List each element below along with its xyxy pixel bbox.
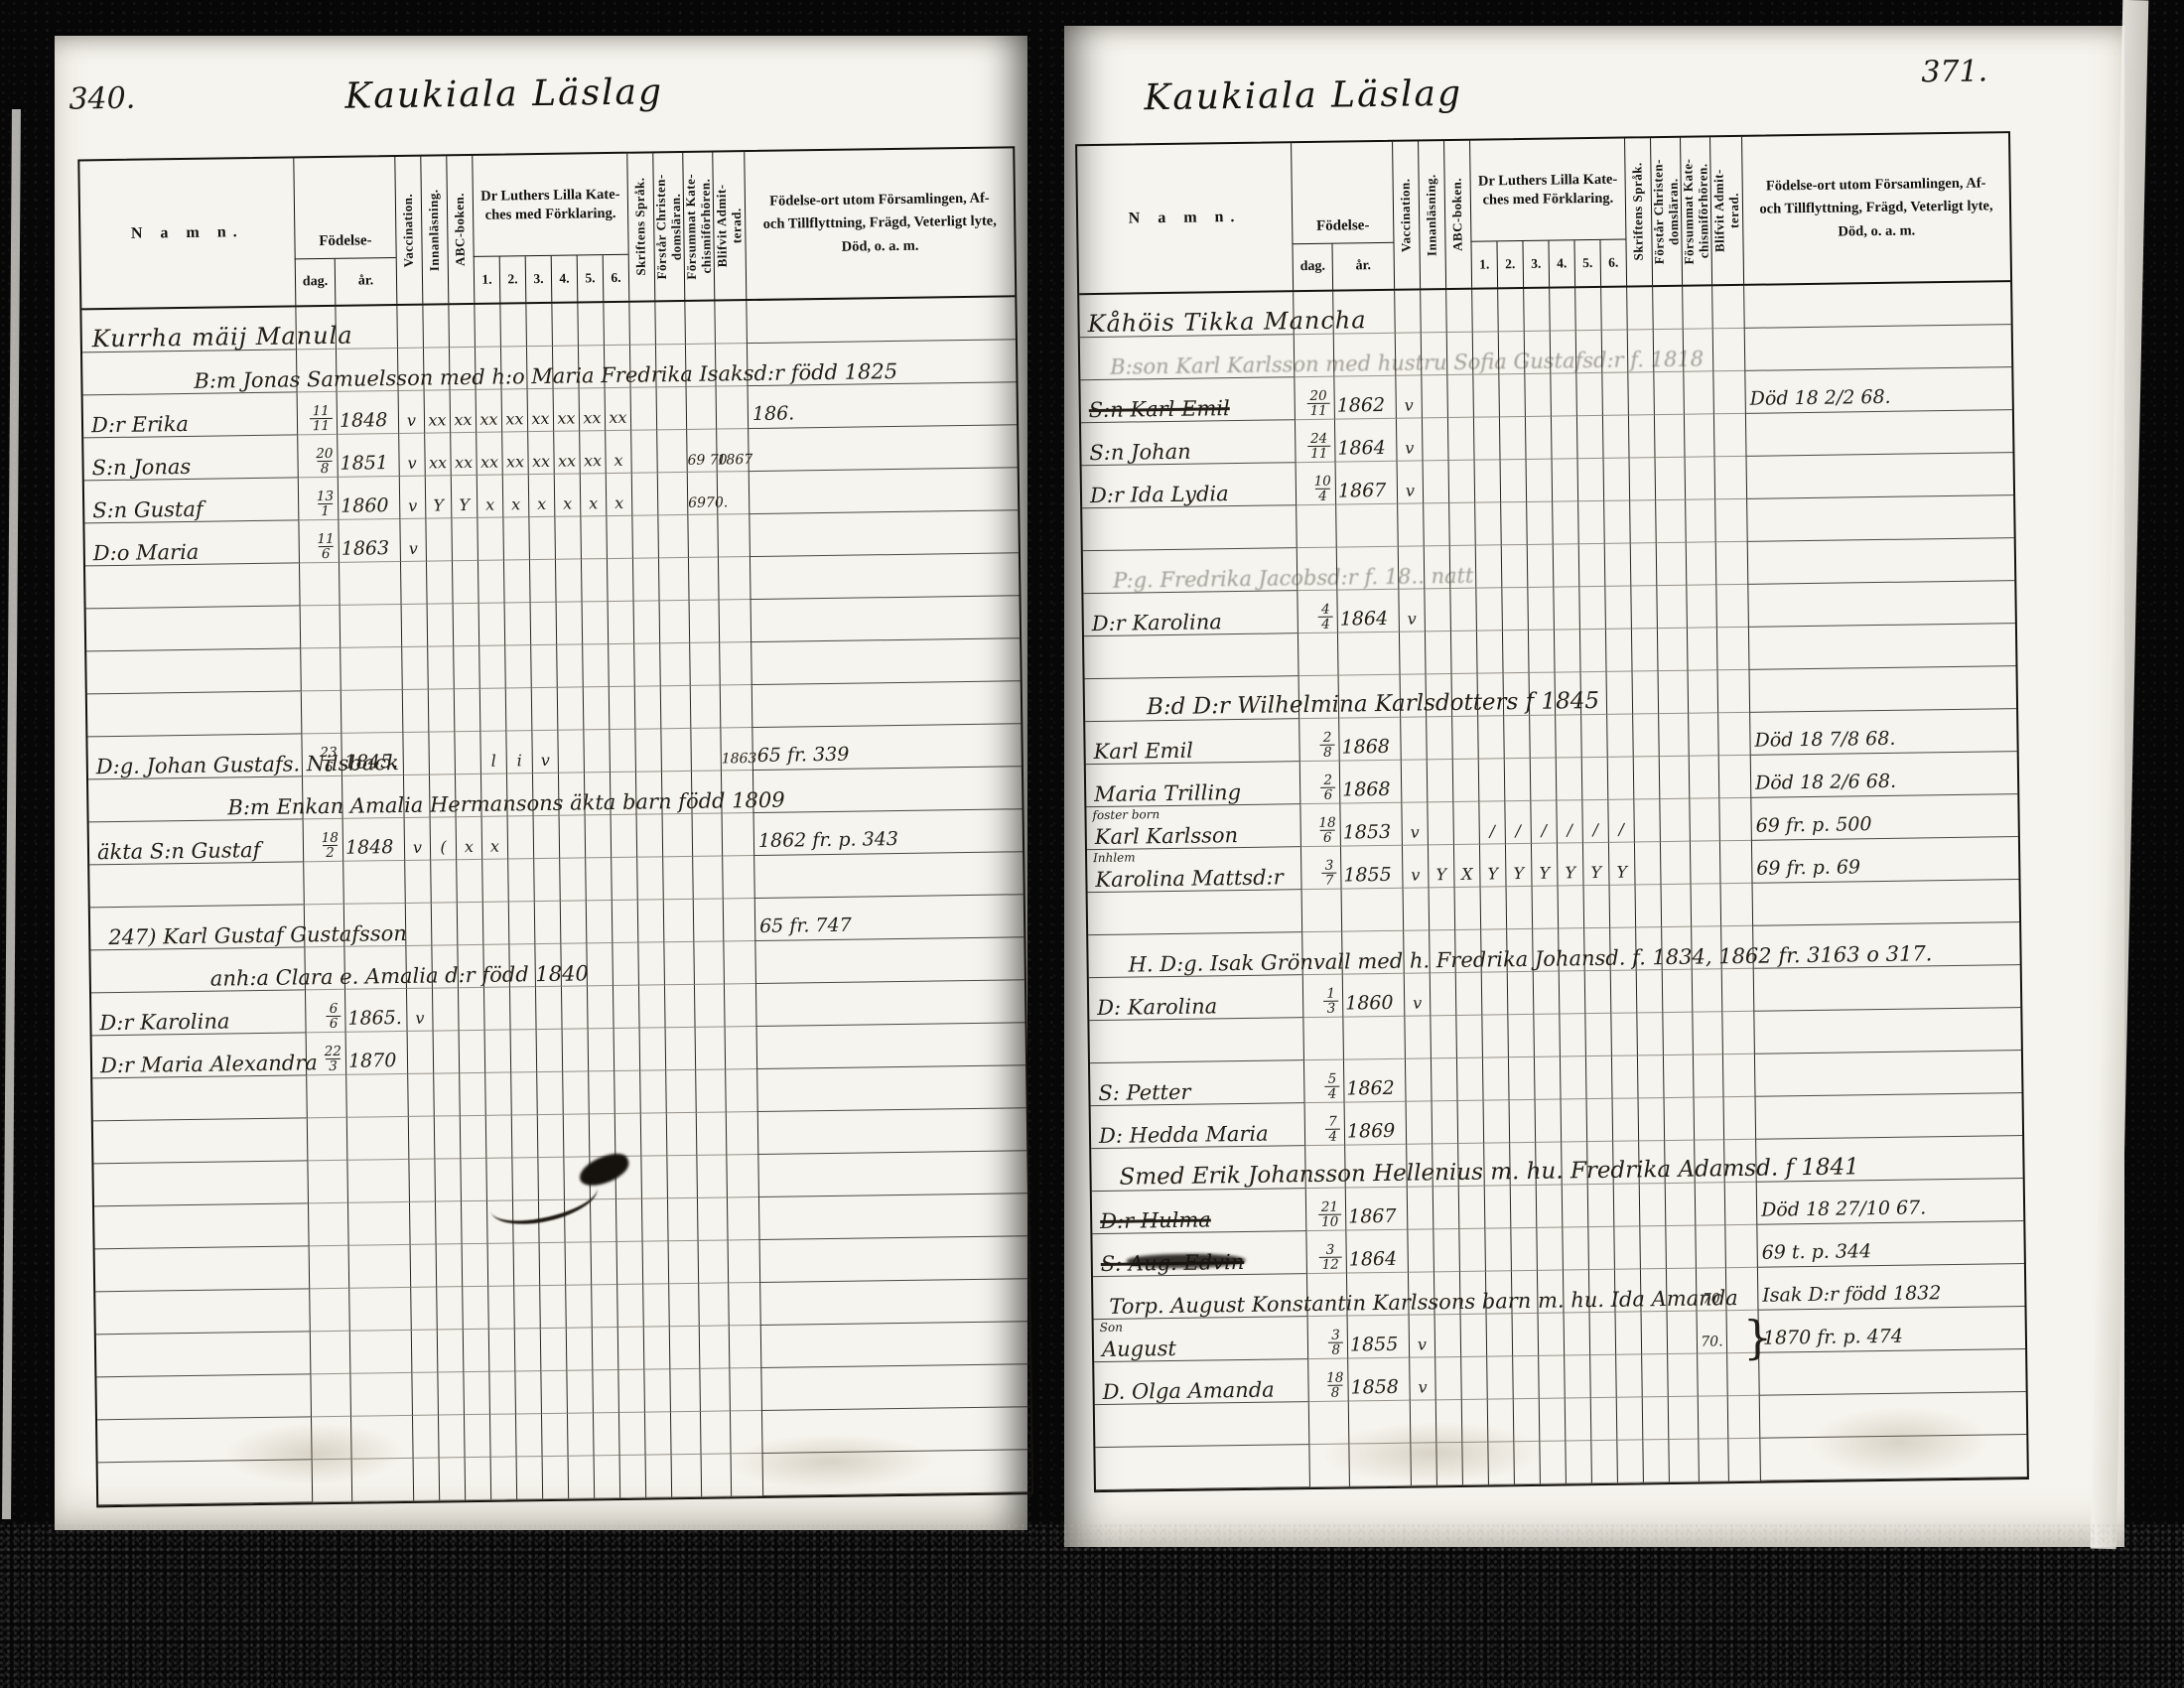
ledger-cell [1577, 501, 1604, 544]
innan-mark: Y [426, 495, 451, 514]
ledger-cell [665, 1070, 696, 1113]
ledger-cell: S:n Johan [1081, 420, 1296, 466]
ledger-cell [1654, 415, 1685, 458]
ledger-cell [457, 903, 483, 945]
ledger-cell [1630, 543, 1657, 586]
ledger-cell [1656, 543, 1687, 586]
ledger-cell [1683, 371, 1713, 414]
ledger-cell [1667, 1354, 1698, 1397]
ledger-cell [722, 856, 754, 899]
ledger-cell [1602, 416, 1629, 459]
ledger-cell [580, 516, 607, 559]
birth-year-value: 1864 [1340, 608, 1389, 631]
ledger-cell [1512, 1314, 1539, 1356]
marginal-note: Död 18 2/2 68. [1750, 386, 1891, 410]
ledger-cell [1564, 1313, 1590, 1355]
ledger-cell [1658, 714, 1689, 757]
ledger-cell [1405, 1058, 1432, 1101]
ledger-cell [1342, 1017, 1405, 1060]
ledger-cell [1697, 1353, 1727, 1396]
ledger-cell [1427, 760, 1453, 802]
ledger-cell [540, 1371, 567, 1414]
marginal-note: 1870 fr. p. 474 [1763, 1326, 1903, 1349]
ledger-cell [565, 1242, 592, 1285]
forsummat-value: 70 [1697, 1291, 1725, 1307]
ledger-cell [1584, 1014, 1611, 1056]
ledger-cell [637, 900, 664, 942]
ledger-cell [410, 1245, 437, 1288]
ledger-cell [1553, 544, 1579, 587]
vacc-mark: v [1405, 993, 1430, 1012]
vacc-mark: v [1403, 865, 1428, 884]
ledger-cell [1626, 287, 1653, 330]
ledger-cell: Död 18 2/6 68. [1750, 752, 2018, 798]
birth-year-value: 1855 [1343, 864, 1392, 887]
ledger-cell [1551, 416, 1577, 459]
column-header-katekes-4: 4. [551, 255, 578, 301]
ledger-cell [594, 1456, 620, 1498]
ledger-cell [342, 861, 405, 905]
ledger-cell [1746, 453, 2014, 499]
ledger-cell [689, 642, 720, 685]
ledger-cell [1452, 802, 1479, 845]
vacc-mark: v [1397, 395, 1422, 414]
ledger-cell [1527, 588, 1554, 631]
ledger-cell [349, 1373, 412, 1417]
ledger-cell: B:m Jonas Samuelsson med h:o Maria Fredr… [82, 350, 297, 395]
ledger-cell [435, 1201, 462, 1244]
ledger-cell [1629, 458, 1656, 500]
column-header-katekes-6: 6. [603, 255, 629, 301]
ledger-cell [656, 430, 687, 473]
ledger-cell: Torp. August Konstantin Karlssons barn m… [1093, 1274, 1307, 1320]
ledger-cell [759, 1279, 1029, 1326]
ledger-cell: 1862 [1333, 376, 1396, 420]
ledger-cell [667, 1198, 698, 1241]
column-header-katekes: Dr Luthers Lilla Kate-ches med Förklarin… [472, 154, 627, 257]
ledger-cell: 1860 [338, 477, 400, 520]
column-header-katekes-2: 2. [1496, 241, 1523, 287]
ledger-cell [637, 942, 664, 985]
ledger-cell: 1870 [345, 1032, 408, 1075]
ledger-cell [1559, 1014, 1585, 1056]
ledger-cell [1301, 890, 1342, 933]
column-header-vaccination: Vaccination. [394, 157, 422, 304]
ledger-cell: x [528, 475, 555, 517]
ledger-cell: 186. [748, 382, 1018, 429]
ledger-cell: D:r Hulma [1092, 1189, 1306, 1234]
ledger-cell: xx [527, 432, 554, 475]
column-header-fodelse: Födelse- [1291, 142, 1393, 244]
ledger-cell [1688, 670, 1718, 713]
birth-day-value: 182 [322, 831, 340, 861]
ledger-cell: 1870 fr. p. 474} [1758, 1307, 2026, 1353]
katekes-mark-1: / [1480, 821, 1505, 840]
ledger-cell: v [1409, 1315, 1435, 1357]
ledger-cell [1665, 1184, 1696, 1226]
ledger-cell: 28 [1298, 719, 1339, 763]
ledger-cell: / [1504, 801, 1531, 844]
ledger-cell [1486, 1314, 1513, 1356]
ledger-cell: Y [1557, 843, 1583, 886]
ledger-cell [611, 815, 637, 858]
ledger-cell [1420, 290, 1446, 333]
ledger-cell: v [1409, 1357, 1435, 1400]
ledger-cell [718, 557, 751, 600]
column-header-katekes: Dr Luthers Lilla Kate-ches med Förklarin… [1469, 139, 1625, 242]
ledger-cell [453, 604, 479, 646]
ledger-cell [611, 858, 637, 901]
ledger-cell [752, 767, 1023, 813]
katekes-mark-1: xx [477, 410, 501, 429]
ledger-cell [1296, 505, 1336, 549]
ledger-cell [1718, 798, 1751, 841]
ledger-cell [636, 814, 663, 857]
ledger-cell [615, 1199, 642, 1242]
ledger-cell [1658, 671, 1689, 714]
katekes-mark-3: / [1532, 821, 1557, 840]
ledger-cell: 26 [1299, 762, 1340, 805]
ledger-cell [1507, 972, 1534, 1015]
ledger-cell [556, 644, 583, 687]
birth-day-value: 44 [1318, 602, 1333, 632]
ledger-cell [1715, 542, 1748, 585]
ledger-cell [758, 1194, 1028, 1240]
ledger-cell [658, 558, 689, 601]
ledger-cell [1297, 633, 1338, 677]
forsummat-value: 6970. [688, 495, 717, 511]
ledger-cell [639, 1028, 666, 1070]
ledger-cell [1660, 842, 1691, 885]
birth-year-value: 1860 [341, 494, 389, 517]
ledger-cell [299, 563, 340, 607]
ledger-cell [1476, 631, 1503, 673]
ledger-cell [1558, 886, 1584, 928]
ledger-cell [347, 1202, 410, 1246]
birth-year-value: 1865. [347, 1007, 402, 1030]
ledger-cell [463, 1372, 489, 1415]
ledger-cell [1721, 969, 1754, 1012]
ledger-cell [1504, 759, 1531, 801]
ledger-cell [1552, 501, 1578, 544]
katekes-mark-6: x [607, 493, 631, 512]
handwritten-name: Kurrha mäij Manula [92, 324, 353, 352]
ledger-cell: v [1402, 845, 1429, 888]
ledger-cell [1526, 502, 1553, 545]
katekes-mark-3: Y [1532, 864, 1557, 883]
ledger-cell [1695, 1225, 1725, 1268]
ledger-cell [592, 1328, 618, 1370]
katekes-mark-1: x [482, 836, 507, 855]
ledger-cell [1500, 502, 1527, 545]
katekes-mark-2: xx [502, 409, 527, 428]
katekes-mark-2: x [503, 494, 528, 513]
birth-day-value: 37 [1322, 858, 1337, 888]
ledger-cell [586, 901, 613, 943]
ledger-cell [1400, 717, 1427, 760]
katekes-mark-4: / [1558, 820, 1582, 839]
column-header-admitterad: Blifvit Admit- terad. [1709, 137, 1743, 284]
ledger-cell [1753, 965, 2021, 1012]
ledger-cell [694, 984, 725, 1027]
ledger-cell [396, 306, 423, 349]
ledger-cell [641, 1198, 668, 1241]
ledger-cell: Y [451, 476, 478, 518]
page-title-right: Kaukiala Läslag [1144, 73, 1462, 118]
ledger-cell [1713, 414, 1746, 457]
ledger-cell [1335, 504, 1398, 548]
column-header-katekes-3: 3. [525, 256, 552, 302]
ledger-cell [460, 1116, 486, 1159]
ledger-cell [487, 1286, 514, 1329]
ledger-cell [1752, 880, 2020, 926]
ledger-cell [1712, 371, 1745, 414]
ledger-cell [749, 468, 1019, 514]
katekes-mark-5: / [1583, 820, 1608, 839]
katekes-mark-3: xx [528, 452, 553, 471]
ledger-cell [484, 1072, 511, 1115]
innan-mark: Y [1429, 865, 1453, 884]
ledger-cell [617, 1328, 644, 1370]
ledger-cell [504, 645, 531, 688]
ledger-cell [460, 1159, 486, 1201]
ledger-cell [478, 561, 504, 604]
ledger-cell [750, 553, 1020, 600]
birth-year-value: 1851 [340, 452, 388, 475]
ledger-cell [85, 563, 300, 609]
ledger-cell: P:g. Fredrika Jacobsd:r f. 18.. natt [1083, 548, 1297, 594]
ledger-cell: S:n Gustaf [84, 478, 299, 523]
ledger-cell [632, 558, 659, 601]
column-header-forstar: Förstår Christen- domsläran. [652, 153, 684, 300]
ledger-cell [727, 1197, 759, 1240]
ledger-cell: D:r Karolina [91, 990, 306, 1036]
ledger-cell [1719, 841, 1752, 884]
ledger-cell [411, 1331, 438, 1373]
birth-day-value: 28 [1320, 730, 1335, 760]
marginal-note: 65 fr. 339 [757, 744, 850, 767]
ledger-cell: 1868 [1339, 761, 1402, 804]
ledger-cell [748, 425, 1018, 472]
ledger-cell [616, 1285, 643, 1328]
handwritten-name: D:o Maria [93, 542, 200, 564]
ledger-cell [1524, 374, 1551, 417]
ledger-cell [1727, 1396, 1760, 1439]
ledger-cell: 1864 [1345, 1230, 1408, 1274]
ledger-cell: 13 [1302, 975, 1343, 1019]
ledger-cell [657, 473, 688, 515]
ledger-cell [717, 514, 750, 557]
ledger-cell [698, 1240, 729, 1283]
ledger-cell [505, 688, 532, 731]
ledger-cell [1497, 289, 1524, 332]
ledger-cell [1667, 1312, 1698, 1354]
katekes-mark-6: / [1609, 819, 1634, 838]
ledger-cell [1698, 1396, 1728, 1439]
handwritten-name: 247) Karl Gustaf Gustafsson [108, 923, 407, 948]
ledger-cell: 2011 [1294, 377, 1334, 421]
ledger-cell [451, 518, 478, 561]
ledger-cell [757, 1108, 1027, 1155]
ledger-cell [684, 302, 715, 345]
ledger-cell [1587, 1185, 1614, 1227]
ledger-cell [1691, 884, 1721, 926]
handwritten-name: D:r Karolina [1092, 612, 1222, 634]
ledger-cell [1610, 970, 1637, 1013]
ledger-cell [660, 686, 691, 729]
katekes-mark-1: l [481, 752, 506, 771]
ledger-cell [1716, 628, 1749, 670]
ledger-cell [663, 942, 694, 985]
ledger-cell [513, 1286, 540, 1329]
ledger-cell [662, 814, 693, 857]
ledger-cell [1632, 671, 1659, 714]
ledger-cell [1655, 458, 1686, 500]
ledger-cell [1510, 1228, 1537, 1271]
birth-year-value: 1853 [1343, 821, 1392, 844]
ledger-cell: xx [553, 431, 580, 474]
ledger-cell [1712, 329, 1745, 371]
ledger-cell [608, 644, 634, 687]
ledger-cell [630, 387, 657, 430]
column-header-abc-boken: ABC-boken. [446, 156, 474, 303]
ledger-cell [566, 1370, 593, 1413]
ledger-cell [555, 559, 582, 602]
ledger-cell [1639, 1184, 1666, 1226]
ledger-cell [1407, 1229, 1433, 1272]
ledger-cell [307, 1118, 347, 1162]
ledger-cell [1627, 372, 1654, 415]
ledger-cell [452, 561, 478, 604]
ledger-cell [510, 1030, 537, 1072]
ledger-cell [588, 1029, 614, 1071]
ledger-cell [1549, 288, 1575, 331]
ledger-cell [566, 1328, 593, 1370]
handwritten-name: S: Petter [1098, 1082, 1190, 1104]
ledger-cell [633, 643, 660, 686]
ledger-cell [525, 304, 552, 347]
ledger-cell [1448, 503, 1475, 546]
katekes-mark-5: xx [580, 408, 605, 427]
ledger-cell [458, 988, 484, 1031]
ledger-cell: Död 18 2/2 68. [1744, 367, 2012, 414]
column-header-ar: år. [1331, 243, 1394, 290]
handwritten-name: D: Hedda Maria [1099, 1124, 1269, 1147]
ledger-cell [645, 1455, 672, 1497]
vacc-mark: v [1403, 822, 1428, 841]
birth-day-value: 104 [1314, 474, 1332, 503]
ledger-cell [1460, 1315, 1487, 1357]
katekes-mark-4: xx [554, 408, 579, 427]
ledger-cell [507, 859, 534, 902]
ledger-cell [434, 1116, 461, 1159]
ledger-cell: 65 fr. 747 [754, 895, 1024, 941]
ledger-cell [539, 1286, 566, 1329]
ledger-cell [1456, 1058, 1483, 1101]
ledger-cell [1533, 1015, 1560, 1057]
ledger-cell: 116 [298, 520, 339, 564]
ledger-cell: 69 70 [686, 430, 717, 473]
handwritten-name: P:g. Fredrika Jacobsd:r f. 18.. natt [1113, 566, 1474, 592]
ledger-cell [659, 643, 690, 686]
ledger-cell [567, 1413, 594, 1456]
ledger-cell [1711, 286, 1744, 329]
ledger-cell [1635, 885, 1662, 927]
ledger-cell [585, 858, 612, 901]
ledger-cell [433, 1073, 460, 1116]
ledger-cell [662, 857, 693, 900]
ledger-cell [310, 1332, 350, 1375]
ledger-cell [693, 941, 724, 984]
ledger-cell [1580, 715, 1607, 758]
ledger-cell [1718, 756, 1751, 798]
ledger-cell [1430, 973, 1456, 1016]
ledger-cell: Y [425, 476, 452, 518]
ledger-cell: Y [1531, 844, 1558, 887]
ledger-cell [1615, 1354, 1642, 1397]
ledger-cell [619, 1456, 646, 1498]
birth-day-value: 186 [1318, 815, 1336, 845]
ledger-cell: 1111 [297, 392, 338, 436]
ledger-cell [1536, 1228, 1563, 1271]
birth-year-value: 1868 [1341, 736, 1390, 759]
ledger-cell [643, 1369, 670, 1412]
ledger-cell [1528, 631, 1555, 673]
ledger-cell [754, 937, 1024, 984]
ledger-cell [1692, 969, 1722, 1012]
ledger-cell [303, 862, 343, 906]
ledger-cell [1668, 1440, 1699, 1482]
ledger-cell [483, 987, 510, 1030]
ledger-cell [591, 1242, 617, 1285]
forsummat-value: 69 70 [687, 453, 716, 469]
column-header-abc-boken: ABC-boken. [1443, 141, 1471, 288]
ledger-cell: D:r Karolina [1083, 591, 1297, 636]
birth-day-value: 54 [1325, 1071, 1340, 1101]
column-header-katekes-6: 6. [1599, 240, 1626, 286]
ledger-cell [1562, 1227, 1588, 1270]
ledger-cell: Smed Erik Johansson Hellenius m. hu. Fre… [1091, 1146, 1305, 1192]
ledger-cell [1450, 632, 1477, 674]
ledger-cell [309, 1289, 349, 1333]
ledger-cell [1685, 457, 1715, 499]
ledger-cell [464, 1415, 490, 1458]
ledger-cell [404, 861, 431, 904]
birth-day-value: 223 [325, 1045, 342, 1074]
ledger-cell [695, 1069, 726, 1112]
column-header-forsummat: Försummat Kate- chismiförhören. [682, 153, 714, 300]
column-header-skriftens-sprak: Skriftens Språk. [626, 153, 654, 300]
ledger-cell [1589, 1355, 1616, 1398]
ledger-table-right: N a m n. Födelse- dag. år. Vaccination. … [1075, 131, 2029, 1492]
ledger-cell [1642, 1397, 1669, 1440]
ledger-cell [1657, 629, 1688, 671]
marginal-note: 1862 fr. p. 343 [758, 828, 898, 852]
ledger-cell [93, 1118, 308, 1164]
ledger-cell [696, 1155, 727, 1197]
handwritten-name: Karolina Mattsd:r [1095, 867, 1284, 891]
ledger-cell [1574, 288, 1601, 331]
ledger-cell [1457, 1101, 1484, 1144]
ledger-cell [1583, 886, 1610, 928]
katekes-mark-6: x [606, 451, 630, 470]
ledger-cell [1642, 1440, 1669, 1482]
ledger-cell [1431, 1058, 1457, 1101]
ledger-cell [1723, 1097, 1756, 1140]
ledger-cell [688, 558, 719, 601]
ledger-cell [1664, 1098, 1695, 1141]
ledger-cell: 69 t. p. 344 [1756, 1221, 2024, 1268]
